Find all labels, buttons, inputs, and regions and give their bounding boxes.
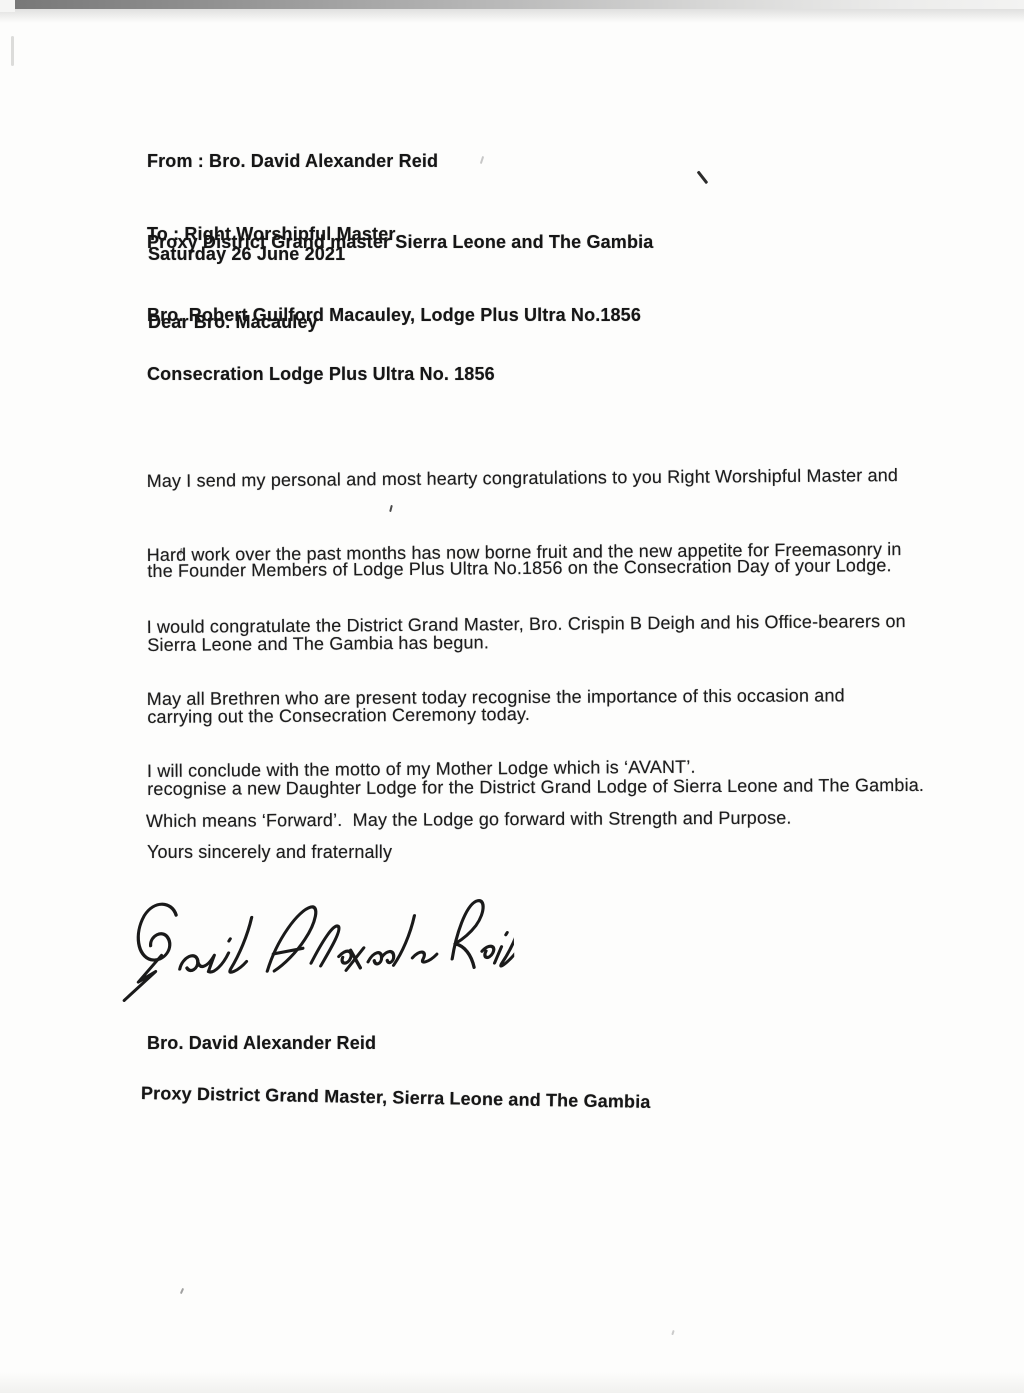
- signature-image: [115, 884, 516, 1011]
- scan-left-edge-artifact: [11, 36, 14, 66]
- handwritten-signature: [115, 884, 516, 1011]
- paragraph-line: Which means ‘Forward’. May the Lodge go …: [146, 803, 792, 836]
- letter-to-block: To : Right Worshipful Master Bro. Robert…: [147, 167, 641, 383]
- signer-name: Bro. David Alexander Reid: [147, 1030, 376, 1057]
- scan-stray-mark: [180, 1288, 184, 1294]
- scan-corner-notch: [0, 0, 15, 12]
- scanned-letter-page: From : Bro. David Alexander Reid Proxy D…: [0, 0, 1024, 1393]
- scan-stray-mark: [671, 1330, 674, 1335]
- letter-salutation: Dear Bro. Macauley: [148, 309, 318, 336]
- letter-subject: Consecration Lodge Plus Ultra No. 1856: [147, 361, 495, 388]
- letter-closing: Yours sincerely and fraternally: [147, 839, 392, 866]
- scan-top-fade-artifact: [0, 9, 1024, 23]
- scan-top-edge-artifact: [15, 0, 1024, 9]
- scan-stray-mark: [697, 171, 708, 184]
- signer-title: Proxy District Grand Master, Sierra Leon…: [141, 1080, 651, 1116]
- letter-date: Saturday 26 June 2021: [148, 241, 345, 268]
- paragraph-6: Which means ‘Forward’. May the Lodge go …: [146, 743, 792, 896]
